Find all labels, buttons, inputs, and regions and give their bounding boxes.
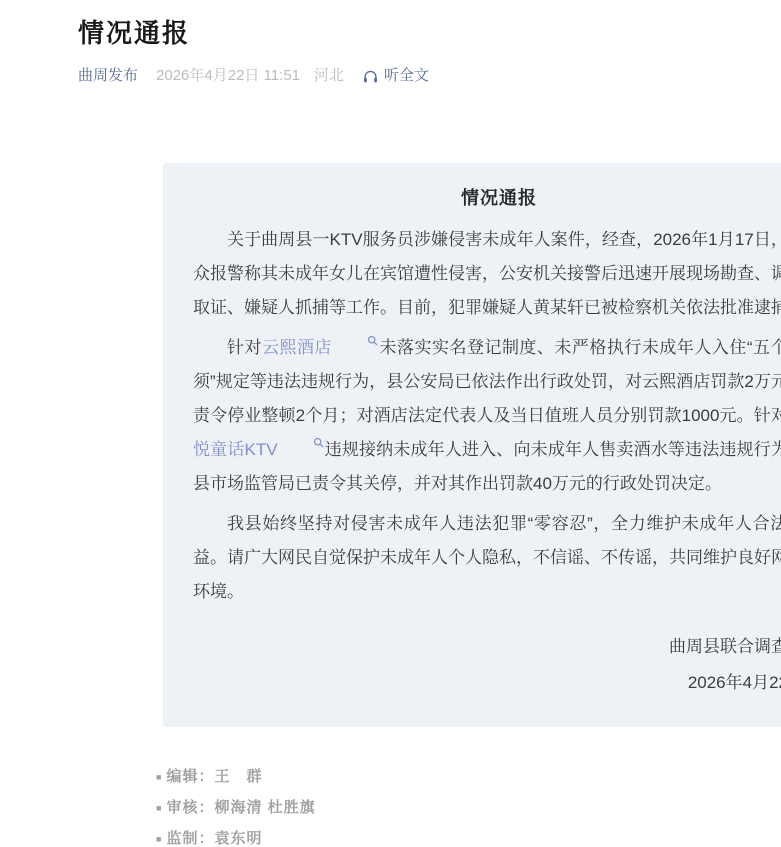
signature-block: 曲周县联合调查组 2026年4月22日: [193, 629, 781, 701]
hotel-search-link[interactable]: 云熙酒店: [262, 338, 332, 357]
signature-date: 2026年4月22日: [193, 665, 781, 701]
notice-heading: 情况通报: [193, 185, 781, 211]
search-icon: [279, 437, 324, 448]
credit-label: 审核：: [166, 798, 214, 818]
notice-paragraph-2: 针对云熙酒店未落实实名登记制度、未严格执行未成年人入住“五个必须”规定等违法违规…: [193, 331, 781, 501]
credits-block: ■ 编辑： 王 群 ■ 审核： 柳海清 杜胜旗 ■ 监制： 袁东明: [156, 767, 757, 847]
credit-label: 编辑：: [166, 767, 214, 787]
square-bullet-icon: ■: [156, 804, 162, 813]
headphone-icon: [362, 68, 379, 85]
credit-names: 柳海清 杜胜旗: [214, 798, 315, 818]
listen-label: 听全文: [384, 66, 429, 86]
credit-line-editor: ■ 编辑： 王 群: [156, 767, 757, 787]
credit-names: 王 群: [214, 767, 262, 787]
credit-line-supervisor: ■ 监制： 袁东明: [156, 829, 757, 847]
search-icon: [333, 335, 378, 346]
publish-datetime: 2026年4月22日 11:51: [156, 66, 300, 86]
notice-paragraph-1: 关于曲周县一KTV服务员涉嫌侵害未成年人案件，经查，2026年1月17日，群众报…: [193, 223, 781, 325]
page-title: 情况通报: [78, 16, 757, 50]
credit-names: 袁东明: [214, 829, 262, 847]
notice-paragraph-3: 我县始终坚持对侵害未成年人违法犯罪“零容忍”，全力维护未成年人合法权益。请广大网…: [193, 507, 781, 609]
credit-label: 监制：: [166, 829, 214, 847]
signature-org: 曲周县联合调查组: [193, 629, 781, 665]
paragraph-text: 针对: [227, 338, 262, 357]
account-link[interactable]: 曲周发布: [78, 66, 138, 86]
notice-box: 情况通报 关于曲周县一KTV服务员涉嫌侵害未成年人案件，经查，2026年1月17…: [163, 163, 781, 727]
credit-line-reviewer: ■ 审核： 柳海清 杜胜旗: [156, 798, 757, 818]
square-bullet-icon: ■: [156, 835, 162, 844]
listen-audio-button[interactable]: 听全文: [362, 66, 429, 86]
square-bullet-icon: ■: [156, 773, 162, 782]
publish-location: 河北: [314, 66, 344, 86]
meta-row: 曲周发布 2026年4月22日 11:51 河北 听全文: [78, 66, 757, 86]
article-page: 情况通报 曲周发布 2026年4月22日 11:51 河北 听全文 情况通报 关…: [0, 0, 781, 847]
